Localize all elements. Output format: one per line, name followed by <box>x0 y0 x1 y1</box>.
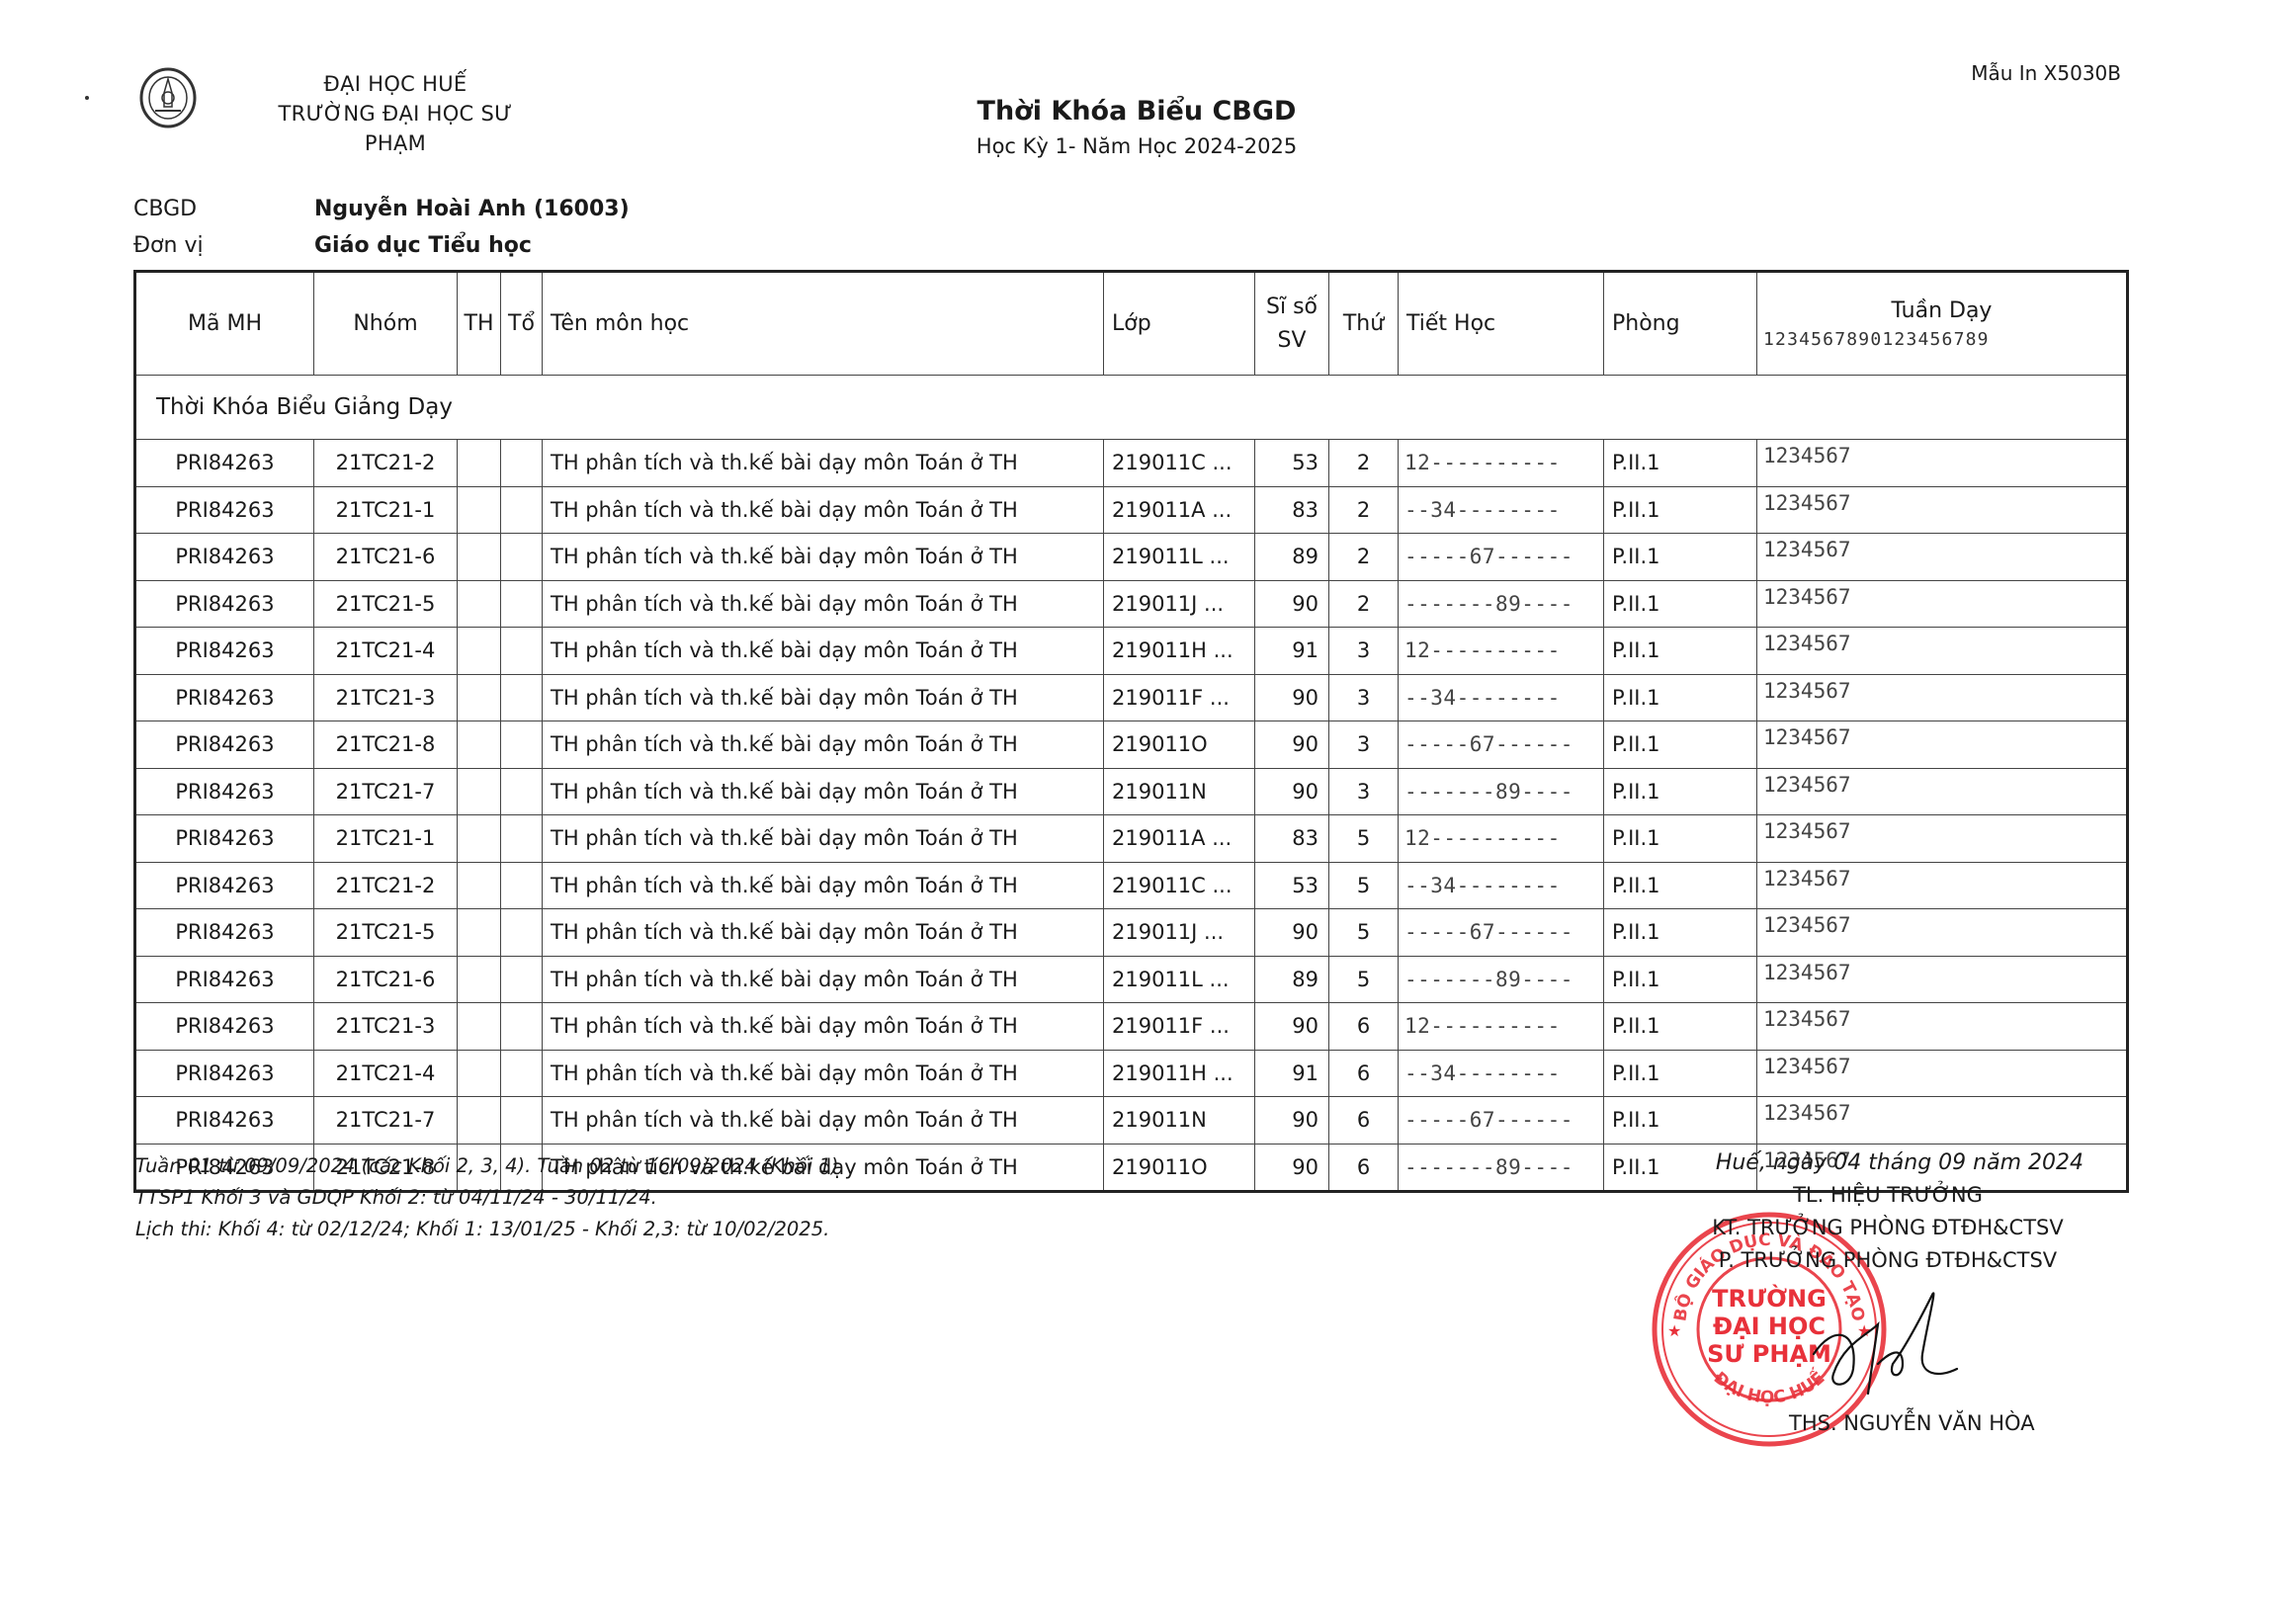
course-code: PRI84263 <box>135 1097 314 1145</box>
group: 21TC21-6 <box>314 956 458 1003</box>
course-code: PRI84263 <box>135 580 314 628</box>
subject-name: TH phân tích và th.kế bài dạy môn Toán ở… <box>543 580 1104 628</box>
th-cell <box>458 534 501 581</box>
th-cell <box>458 815 501 863</box>
subject-name: TH phân tích và th.kế bài dạy môn Toán ở… <box>543 1003 1104 1051</box>
periods: -------89---- <box>1399 1144 1604 1192</box>
school-name: TRƯỜNG ĐẠI HỌC SƯ PHẠM <box>247 99 544 158</box>
group: 21TC21-2 <box>314 862 458 909</box>
student-count: 83 <box>1255 486 1329 534</box>
th-cell <box>458 628 501 675</box>
teaching-weeks: 1234567 <box>1757 1050 2128 1097</box>
subject-name: TH phân tích và th.kế bài dạy môn Toán ở… <box>543 628 1104 675</box>
teaching-weeks: 1234567 <box>1757 956 2128 1003</box>
subject-name: TH phân tích và th.kế bài dạy môn Toán ở… <box>543 862 1104 909</box>
col-group: Nhóm <box>314 272 458 376</box>
group: 21TC21-1 <box>314 486 458 534</box>
table-row: PRI8426321TC21-7TH phân tích và th.kế bà… <box>135 768 2128 815</box>
subject-name: TH phân tích và th.kế bài dạy môn Toán ở… <box>543 1050 1104 1097</box>
weekday: 6 <box>1329 1097 1399 1145</box>
student-count: 90 <box>1255 1144 1329 1192</box>
class-code: 219011H ... <box>1104 1050 1255 1097</box>
periods: -----67------ <box>1399 1097 1604 1145</box>
table-row: PRI8426321TC21-2TH phân tích và th.kế bà… <box>135 862 2128 909</box>
col-room: Phòng <box>1604 272 1757 376</box>
class-code: 219011N <box>1104 1097 1255 1145</box>
student-count: 90 <box>1255 909 1329 957</box>
handwritten-signature-icon <box>1809 1285 1967 1403</box>
scan-speck <box>85 96 89 100</box>
sign-date: Huế, ngày 04 tháng 09 năm 2024 <box>1670 1146 2105 1179</box>
col-subject: Tên môn học <box>543 272 1104 376</box>
student-count: 83 <box>1255 815 1329 863</box>
teaching-weeks: 1234567 <box>1757 674 2128 721</box>
table-row: PRI8426321TC21-8TH phân tích và th.kế bà… <box>135 721 2128 769</box>
cbgd-label: CBGD <box>133 191 314 227</box>
table-row: PRI8426321TC21-7TH phân tích và th.kế bà… <box>135 1097 2128 1145</box>
course-code: PRI84263 <box>135 815 314 863</box>
col-size-top: Sĩ số <box>1255 291 1328 324</box>
class-code: 219011A ... <box>1104 815 1255 863</box>
to-cell <box>501 956 543 1003</box>
weekday: 2 <box>1329 486 1399 534</box>
signature-block: Huế, ngày 04 tháng 09 năm 2024 TL. HIỆU … <box>1670 1146 2105 1277</box>
class-code: 219011C ... <box>1104 440 1255 487</box>
group: 21TC21-3 <box>314 674 458 721</box>
col-day: Thứ <box>1329 272 1399 376</box>
col-periods: Tiết Học <box>1399 272 1604 376</box>
class-code: 219011H ... <box>1104 628 1255 675</box>
th-cell <box>458 956 501 1003</box>
teaching-weeks: 1234567 <box>1757 768 2128 815</box>
note-line: Lịch thi: Khối 4: từ 02/12/24; Khối 1: 1… <box>135 1214 845 1245</box>
course-code: PRI84263 <box>135 1003 314 1051</box>
subject-name: TH phân tích và th.kế bài dạy môn Toán ở… <box>543 768 1104 815</box>
group: 21TC21-5 <box>314 580 458 628</box>
room: P.II.1 <box>1604 440 1757 487</box>
periods: 12---------- <box>1399 1003 1604 1051</box>
student-count: 90 <box>1255 580 1329 628</box>
course-code: PRI84263 <box>135 721 314 769</box>
periods: 12---------- <box>1399 440 1604 487</box>
table-row: PRI8426321TC21-3TH phân tích và th.kế bà… <box>135 674 2128 721</box>
table-row: PRI8426321TC21-4TH phân tích và th.kế bà… <box>135 1050 2128 1097</box>
subject-name: TH phân tích và th.kế bài dạy môn Toán ở… <box>543 815 1104 863</box>
document-title-block: Thời Khóa Biểu CBGD Học Kỳ 1- Năm Học 20… <box>949 94 1324 163</box>
table-row: PRI8426321TC21-6TH phân tích và th.kế bà… <box>135 534 2128 581</box>
th-cell <box>458 721 501 769</box>
student-count: 53 <box>1255 862 1329 909</box>
class-code: 219011L ... <box>1104 534 1255 581</box>
room: P.II.1 <box>1604 956 1757 1003</box>
room: P.II.1 <box>1604 1097 1757 1145</box>
subject-name: TH phân tích và th.kế bài dạy môn Toán ở… <box>543 440 1104 487</box>
periods: --34-------- <box>1399 674 1604 721</box>
table-row: PRI8426321TC21-5TH phân tích và th.kế bà… <box>135 580 2128 628</box>
room: P.II.1 <box>1604 628 1757 675</box>
section-title: Thời Khóa Biểu Giảng Dạy <box>135 376 2128 440</box>
student-count: 90 <box>1255 674 1329 721</box>
teaching-weeks: 1234567 <box>1757 862 2128 909</box>
periods: 12---------- <box>1399 815 1604 863</box>
weekday: 2 <box>1329 580 1399 628</box>
table-row: PRI8426321TC21-6TH phân tích và th.kế bà… <box>135 956 2128 1003</box>
class-code: 219011J ... <box>1104 580 1255 628</box>
teaching-weeks: 1234567 <box>1757 580 2128 628</box>
svg-text:★: ★ <box>1667 1321 1681 1340</box>
cbgd-value: Nguyễn Hoài Anh (16003) <box>314 191 630 227</box>
col-th: TH <box>458 272 501 376</box>
course-code: PRI84263 <box>135 534 314 581</box>
room: P.II.1 <box>1604 674 1757 721</box>
to-cell <box>501 1003 543 1051</box>
class-code: 219011A ... <box>1104 486 1255 534</box>
room: P.II.1 <box>1604 815 1757 863</box>
student-count: 90 <box>1255 1097 1329 1145</box>
student-count: 91 <box>1255 1050 1329 1097</box>
table-row: PRI8426321TC21-3TH phân tích và th.kế bà… <box>135 1003 2128 1051</box>
weekday: 5 <box>1329 909 1399 957</box>
to-cell <box>501 440 543 487</box>
weekday: 6 <box>1329 1050 1399 1097</box>
document-title: Thời Khóa Biểu CBGD <box>949 94 1324 129</box>
form-code: Mẫu In X5030B <box>1971 61 2121 85</box>
th-cell <box>458 674 501 721</box>
group: 21TC21-5 <box>314 909 458 957</box>
room: P.II.1 <box>1604 486 1757 534</box>
periods: -----67------ <box>1399 909 1604 957</box>
weekday: 6 <box>1329 1003 1399 1051</box>
lecturer-info: CBGD Nguyễn Hoài Anh (16003) Đơn vị Giáo… <box>133 191 630 264</box>
to-cell <box>501 909 543 957</box>
to-cell <box>501 721 543 769</box>
group: 21TC21-7 <box>314 1097 458 1145</box>
table-header-row: Mã MH Nhóm TH Tổ Tên môn học Lớp Sĩ số S… <box>135 272 2128 376</box>
to-cell <box>501 486 543 534</box>
weekday: 3 <box>1329 674 1399 721</box>
course-code: PRI84263 <box>135 1050 314 1097</box>
th-cell <box>458 909 501 957</box>
group: 21TC21-3 <box>314 1003 458 1051</box>
table-row: PRI8426321TC21-1TH phân tích và th.kế bà… <box>135 486 2128 534</box>
class-code: 219011C ... <box>1104 862 1255 909</box>
room: P.II.1 <box>1604 768 1757 815</box>
university-name: ĐẠI HỌC HUẾ <box>247 69 544 99</box>
weekday: 5 <box>1329 956 1399 1003</box>
col-weeks: Tuần Dạy 1234567890123456789 <box>1757 272 2128 376</box>
to-cell <box>501 580 543 628</box>
unit-label: Đơn vị <box>133 227 314 264</box>
sign-line-2: KT. TRƯỞNG PHÒNG ĐTĐH&CTSV <box>1670 1212 2105 1244</box>
group: 21TC21-4 <box>314 628 458 675</box>
class-code: 219011L ... <box>1104 956 1255 1003</box>
note-line: Tuần 01 từ 09/09/2024 (các Khối 2, 3, 4)… <box>135 1150 845 1182</box>
col-weeks-title: Tuần Dạy <box>1892 298 1993 323</box>
to-cell <box>501 534 543 581</box>
subject-name: TH phân tích và th.kế bài dạy môn Toán ở… <box>543 1097 1104 1145</box>
subject-name: TH phân tích và th.kế bài dạy môn Toán ở… <box>543 956 1104 1003</box>
room: P.II.1 <box>1604 862 1757 909</box>
periods: 12---------- <box>1399 628 1604 675</box>
to-cell <box>501 1097 543 1145</box>
to-cell <box>501 862 543 909</box>
table-row: PRI8426321TC21-4TH phân tích và th.kế bà… <box>135 628 2128 675</box>
class-code: 219011F ... <box>1104 674 1255 721</box>
student-count: 89 <box>1255 534 1329 581</box>
subject-name: TH phân tích và th.kế bài dạy môn Toán ở… <box>543 486 1104 534</box>
periods: -------89---- <box>1399 768 1604 815</box>
group: 21TC21-7 <box>314 768 458 815</box>
th-cell <box>458 580 501 628</box>
th-cell <box>458 1097 501 1145</box>
col-size-bottom: SV <box>1255 324 1328 358</box>
subject-name: TH phân tích và th.kế bài dạy môn Toán ở… <box>543 909 1104 957</box>
course-code: PRI84263 <box>135 674 314 721</box>
th-cell <box>458 768 501 815</box>
semester-label: Học Kỳ 1- Năm Học 2024-2025 <box>949 129 1324 163</box>
to-cell <box>501 768 543 815</box>
student-count: 90 <box>1255 1003 1329 1051</box>
to-cell <box>501 1050 543 1097</box>
institution-header: ĐẠI HỌC HUẾ TRƯỜNG ĐẠI HỌC SƯ PHẠM <box>247 69 544 158</box>
subject-name: TH phân tích và th.kế bài dạy môn Toán ở… <box>543 721 1104 769</box>
col-class: Lớp <box>1104 272 1255 376</box>
table-row: PRI8426321TC21-2TH phân tích và th.kế bà… <box>135 440 2128 487</box>
student-count: 53 <box>1255 440 1329 487</box>
section-row: Thời Khóa Biểu Giảng Dạy <box>135 376 2128 440</box>
course-code: PRI84263 <box>135 956 314 1003</box>
class-code: 219011O <box>1104 721 1255 769</box>
unit-value: Giáo dục Tiểu học <box>314 227 532 264</box>
student-count: 91 <box>1255 628 1329 675</box>
class-code: 219011F ... <box>1104 1003 1255 1051</box>
to-cell <box>501 815 543 863</box>
col-size: Sĩ số SV <box>1255 272 1329 376</box>
periods: -------89---- <box>1399 956 1604 1003</box>
teaching-weeks: 1234567 <box>1757 486 2128 534</box>
class-code: 219011N <box>1104 768 1255 815</box>
weekday: 5 <box>1329 815 1399 863</box>
weekday: 6 <box>1329 1144 1399 1192</box>
group: 21TC21-1 <box>314 815 458 863</box>
course-code: PRI84263 <box>135 862 314 909</box>
group: 21TC21-8 <box>314 721 458 769</box>
teaching-weeks: 1234567 <box>1757 440 2128 487</box>
student-count: 90 <box>1255 768 1329 815</box>
room: P.II.1 <box>1604 909 1757 957</box>
teaching-weeks: 1234567 <box>1757 628 2128 675</box>
student-count: 89 <box>1255 956 1329 1003</box>
teaching-weeks: 1234567 <box>1757 534 2128 581</box>
periods: --34-------- <box>1399 862 1604 909</box>
teaching-weeks: 1234567 <box>1757 909 2128 957</box>
room: P.II.1 <box>1604 721 1757 769</box>
periods: --34-------- <box>1399 486 1604 534</box>
col-to: Tổ <box>501 272 543 376</box>
room: P.II.1 <box>1604 1003 1757 1051</box>
periods: --34-------- <box>1399 1050 1604 1097</box>
th-cell <box>458 1003 501 1051</box>
room: P.II.1 <box>1604 1050 1757 1097</box>
teaching-weeks: 1234567 <box>1757 721 2128 769</box>
weekday: 3 <box>1329 768 1399 815</box>
teaching-weeks: 1234567 <box>1757 815 2128 863</box>
course-code: PRI84263 <box>135 768 314 815</box>
sign-line-3: P. TRƯỞNG PHÒNG ĐTĐH&CTSV <box>1670 1244 2105 1277</box>
th-cell <box>458 486 501 534</box>
course-code: PRI84263 <box>135 486 314 534</box>
col-code: Mã MH <box>135 272 314 376</box>
periods: -----67------ <box>1399 721 1604 769</box>
subject-name: TH phân tích và th.kế bài dạy môn Toán ở… <box>543 674 1104 721</box>
group: 21TC21-2 <box>314 440 458 487</box>
university-seal-icon <box>133 67 203 128</box>
col-weeks-scale: 1234567890123456789 <box>1757 329 2126 350</box>
weekday: 2 <box>1329 534 1399 581</box>
schedule-table: Mã MH Nhóm TH Tổ Tên môn học Lớp Sĩ số S… <box>133 270 2129 1193</box>
group: 21TC21-4 <box>314 1050 458 1097</box>
weekday: 2 <box>1329 440 1399 487</box>
weekday: 5 <box>1329 862 1399 909</box>
th-cell <box>458 862 501 909</box>
schedule-notes: Tuần 01 từ 09/09/2024 (các Khối 2, 3, 4)… <box>135 1150 845 1245</box>
periods: -------89---- <box>1399 580 1604 628</box>
course-code: PRI84263 <box>135 628 314 675</box>
periods: -----67------ <box>1399 534 1604 581</box>
class-code: 219011J ... <box>1104 909 1255 957</box>
th-cell <box>458 1050 501 1097</box>
group: 21TC21-6 <box>314 534 458 581</box>
room: P.II.1 <box>1604 580 1757 628</box>
table-row: PRI8426321TC21-1TH phân tích và th.kế bà… <box>135 815 2128 863</box>
course-code: PRI84263 <box>135 440 314 487</box>
table-row: PRI8426321TC21-5TH phân tích và th.kế bà… <box>135 909 2128 957</box>
room: P.II.1 <box>1604 534 1757 581</box>
subject-name: TH phân tích và th.kế bài dạy môn Toán ở… <box>543 534 1104 581</box>
to-cell <box>501 674 543 721</box>
class-code: 219011O <box>1104 1144 1255 1192</box>
note-line: TTSP1 Khối 3 và GDQP Khối 2: từ 04/11/24… <box>135 1182 845 1214</box>
teaching-weeks: 1234567 <box>1757 1003 2128 1051</box>
student-count: 90 <box>1255 721 1329 769</box>
to-cell <box>501 628 543 675</box>
th-cell <box>458 440 501 487</box>
signer-name: THS. NGUYỄN VĂN HÒA <box>1789 1411 2035 1435</box>
weekday: 3 <box>1329 628 1399 675</box>
course-code: PRI84263 <box>135 909 314 957</box>
teaching-weeks: 1234567 <box>1757 1097 2128 1145</box>
weekday: 3 <box>1329 721 1399 769</box>
sign-line-1: TL. HIỆU TRƯỞNG <box>1670 1179 2105 1212</box>
